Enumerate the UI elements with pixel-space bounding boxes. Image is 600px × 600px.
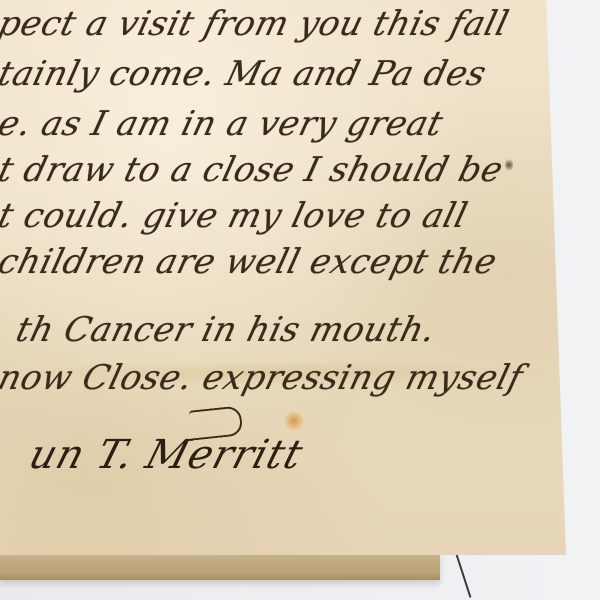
letter-line-2: tainly come. Ma and Pa des [0,54,490,94]
letter-sheet: pect a visit from you this fall tainly c… [0,0,566,555]
underlying-page-edge [0,552,440,580]
letter-line-1: pect a visit from you this fall [0,4,513,44]
binding-string [455,552,471,597]
letter-line-5: t could. give my love to all [0,196,472,236]
letter-line-8: now Close. expressing myself [0,358,527,398]
foxing-spot [285,412,303,430]
letter-line-6: children are well except the [0,242,501,282]
letter-line-4: t draw to a close I should be [0,150,507,190]
letter-line-3: e. as I am in a very great [0,104,447,144]
photo-scene: pect a visit from you this fall tainly c… [0,0,600,600]
ink-blot [505,158,513,172]
signature: un T. Merritt [24,432,308,478]
letter-line-7: th Cancer in his mouth. [12,310,440,350]
